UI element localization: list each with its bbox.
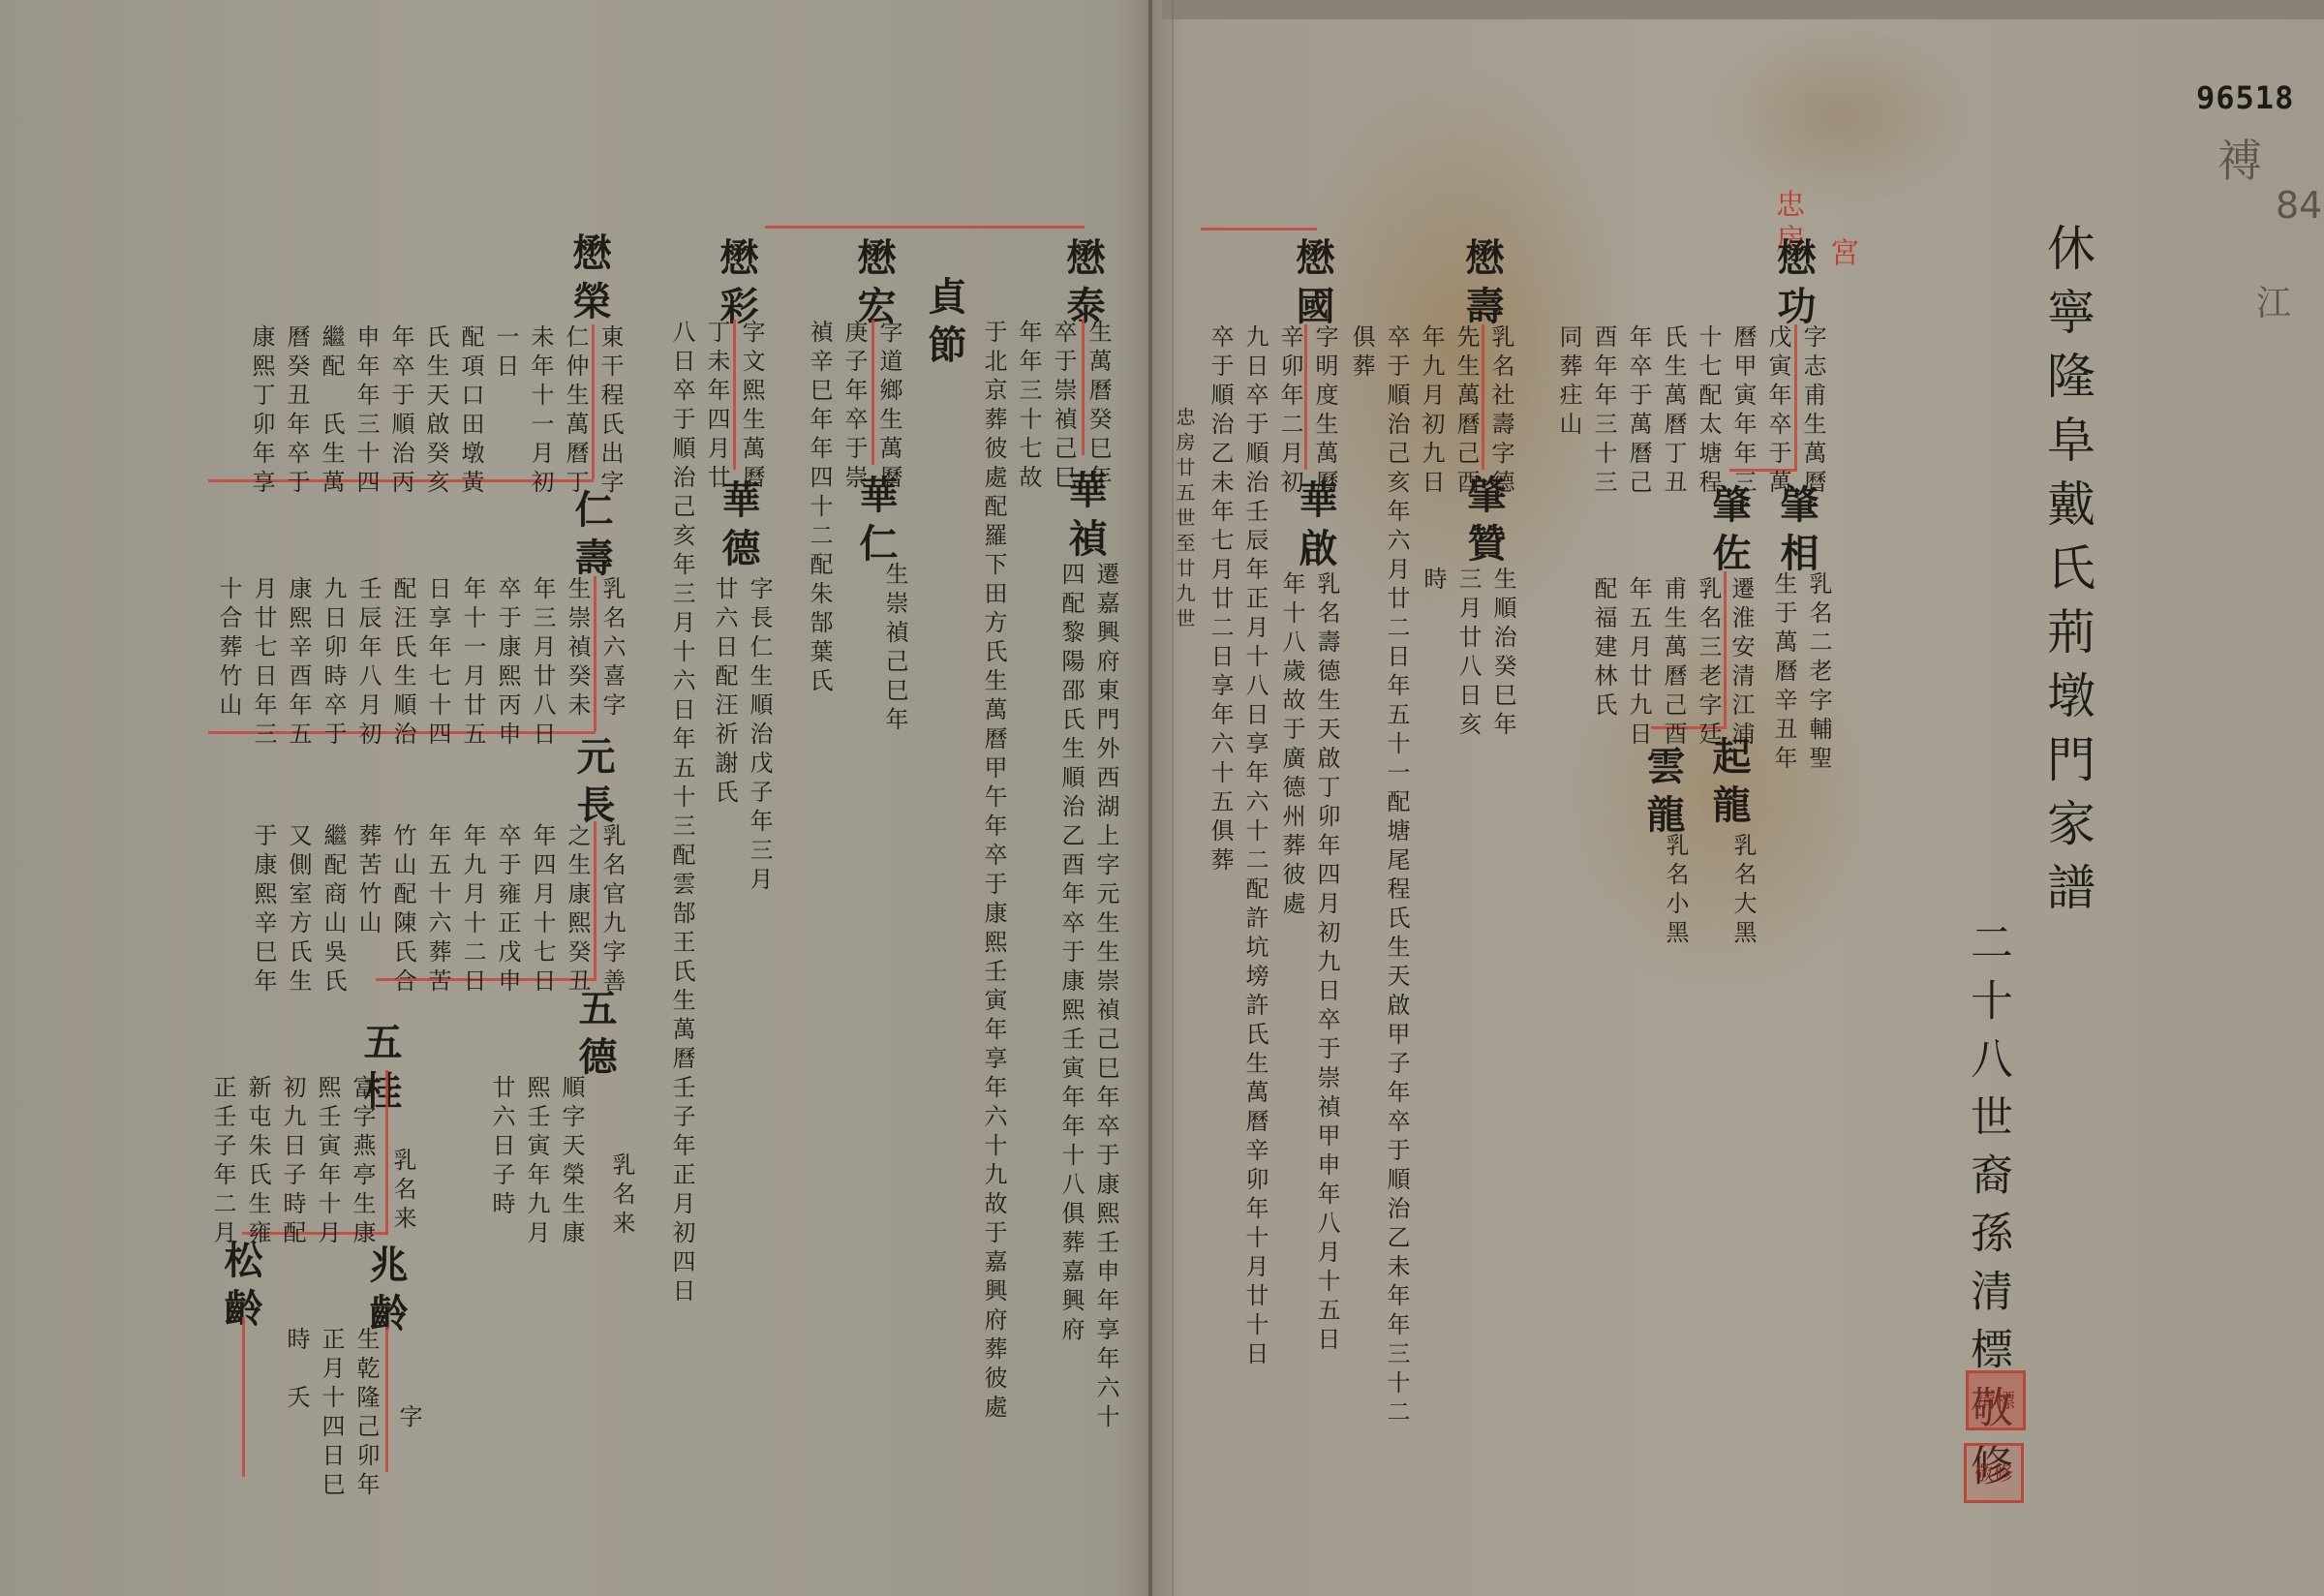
- bio-line: 配項口田墩黃: [459, 324, 482, 499]
- bio-line: 一日: [494, 324, 517, 383]
- bio-line: 月廿七日年三: [252, 576, 275, 751]
- person-name: 懋壽: [1462, 237, 1501, 334]
- person-name: 肇相: [1777, 484, 1816, 581]
- bio-line: 時 夭: [285, 1327, 308, 1414]
- bio-line: 酉年年三十三: [1592, 324, 1615, 499]
- bio-line: 八日卒于順治己亥年三月十六日年五十三配雲郜王氏生萬曆壬子年正月初四日: [670, 320, 693, 1307]
- bio-line: 生乾隆己卯年: [354, 1327, 378, 1501]
- bio-line: 熙壬寅年十月: [316, 1075, 339, 1249]
- bio-line: 未年十一月初: [529, 324, 552, 499]
- person-name: 起龍: [1709, 736, 1748, 833]
- bio-line: 十七配太塘程: [1697, 324, 1720, 499]
- genealogy-scan: 96518 禣 84 江 休寧隆阜戴氏荊墩門家譜 二十八世裔孫清標敬修 清標 敬…: [0, 0, 2324, 1596]
- bio-line: 同葬㽵山: [1557, 324, 1580, 441]
- bio-line: 生萬曆癸巳年: [1086, 320, 1110, 494]
- bio-line: 年五十六葬苦: [426, 823, 449, 997]
- seal-stamp: 清標: [1966, 1370, 2026, 1430]
- bio-line: 仁仲生萬曆丁: [564, 324, 587, 499]
- person-name: 五德: [575, 988, 614, 1085]
- bio-line: 字: [397, 1404, 420, 1433]
- bio-line: 庚子年卒于崇: [842, 320, 866, 494]
- bio-line: 葬苦竹山: [356, 823, 380, 939]
- bio-line: 年卒于萬曆己: [1627, 324, 1650, 499]
- bio-line: 正壬子年二月: [211, 1075, 234, 1249]
- bio-line: 先生萬曆己酉: [1454, 324, 1478, 499]
- bio-line: 乳名来: [391, 1148, 414, 1235]
- bio-line: 卒于順治乙未年七月廿二日享年六十五俱葬: [1208, 324, 1232, 876]
- bio-line: 年年三十七故: [1017, 320, 1040, 494]
- bio-line: 配汪氏生順治: [391, 576, 414, 751]
- bio-line: 繼配商山吳氏: [321, 823, 345, 997]
- bio-line: 順字天榮生康: [560, 1075, 583, 1249]
- person-name: 華德: [719, 479, 757, 576]
- bio-line: 廿六日子時: [490, 1075, 513, 1220]
- page-edge: [1162, 0, 2324, 19]
- bio-line: 壬辰年八月初: [356, 576, 380, 751]
- bio-line: 配福建林氏: [1592, 576, 1615, 721]
- person-name: 懋榮: [569, 232, 608, 329]
- bio-line: 字長仁生順治戊子年三月: [748, 576, 771, 896]
- person-name: 雲龍: [1643, 746, 1682, 843]
- bio-line: 又側室方氏生: [287, 823, 310, 997]
- bio-line: 年三月廿八日: [531, 576, 554, 751]
- bio-line: 字文熙生萬曆: [740, 320, 763, 494]
- person-name: 肇佐: [1709, 484, 1748, 581]
- generation-footnote: 忠房廿五世至廿九世: [1175, 407, 1194, 633]
- bio-line: 卒于崇禎己巳: [1052, 320, 1075, 494]
- person-name: 懋功: [1774, 237, 1813, 334]
- bio-line: 年五月廿九日: [1627, 576, 1650, 751]
- bio-line: 廿六日配汪祈謝氏: [713, 576, 736, 809]
- bio-line: 年四月十七日: [531, 823, 554, 997]
- bio-line: 俱葬: [1350, 324, 1373, 383]
- bio-line: 康熙丁卯年享: [250, 324, 273, 499]
- bio-line: 生于萬曆辛丑年: [1772, 571, 1795, 775]
- bio-line: 乳名官九字善: [600, 823, 624, 997]
- person-name: 元長: [573, 736, 612, 833]
- book-gutter-shadow: [1172, 0, 1174, 1596]
- bio-line: 字志甫生萬曆: [1801, 324, 1824, 499]
- pencil-number: 84: [2276, 184, 2322, 227]
- person-name: 華仁: [856, 475, 895, 571]
- bio-line: 曆癸丑年卒于: [285, 324, 308, 499]
- bio-line: 東干程氏出字: [598, 324, 622, 499]
- bio-line: 三月廿八日亥: [1456, 567, 1480, 741]
- person-name: 松齡: [221, 1240, 260, 1336]
- bio-line: 甫生萬曆己酉: [1662, 576, 1685, 751]
- bio-line: 曆甲寅年年三: [1731, 324, 1755, 499]
- bio-line: 年九月十二日: [461, 823, 484, 997]
- person-name: 華啟: [1296, 479, 1334, 576]
- bio-line: 乳名六喜字: [600, 576, 624, 721]
- bio-line: 九日卒于順治壬辰年正月十八日享年六十二配許坑塝許氏生萬曆辛卯年十月廿十日: [1243, 324, 1267, 1370]
- bio-line: 正月十四日巳: [320, 1327, 343, 1501]
- bio-line: 乳名大黑: [1731, 833, 1755, 949]
- pencil-region: 江: [2256, 276, 2291, 325]
- bio-line: 于北京葬彼處配羅下田方氏生萬曆甲午年卒于康熙壬寅年享年六十九故于嘉興府葬彼處: [982, 320, 1005, 1424]
- bio-line: 日享年七十四: [426, 576, 449, 751]
- bio-line: 氏生萬曆丁丑: [1662, 324, 1685, 499]
- chastity-label: 貞節: [925, 276, 963, 373]
- bio-line: 禎辛巳年年四十二配朱郜葉氏: [808, 320, 831, 697]
- bio-line: 年十八歲故于廣德州葬彼處: [1280, 571, 1303, 920]
- bio-line: 字道鄉生萬曆: [877, 320, 901, 494]
- bio-line: 于康熙辛巳年: [252, 823, 275, 997]
- bio-line: 氏生天啟癸亥: [424, 324, 447, 499]
- bio-line: 年十一月廿五: [461, 576, 484, 751]
- bio-line: 九日卯時卒于: [321, 576, 345, 751]
- bio-line: 新屯朱氏生雍: [246, 1075, 269, 1249]
- bio-line: 乳名二老字輔聖: [1807, 571, 1830, 775]
- bio-line: 卒于雍正戊申: [496, 823, 519, 997]
- bio-line: 字明度生萬曆: [1313, 324, 1336, 499]
- bio-line: 十合葬竹山: [217, 576, 240, 721]
- red-mark: 宮: [1826, 237, 1855, 272]
- person-name: 肇贊: [1464, 475, 1503, 571]
- bio-line: 康熙辛酉年五: [287, 576, 310, 751]
- bio-line: 卒于康熙丙申: [496, 576, 519, 751]
- book-gutter: [1148, 0, 1152, 1596]
- pencil-catalog-mark: 禣: [2217, 126, 2262, 190]
- bio-line: 生崇禎己巳年: [883, 562, 906, 736]
- bio-line: 卒于順治己亥年六月廿二日年五十一配塘尾程氏生天啟甲子年卒于順治乙未年年三十二: [1385, 324, 1408, 1428]
- seal-stamp: 敬修: [1964, 1443, 2024, 1503]
- bio-line: 乳名三老字廷: [1697, 576, 1720, 751]
- bio-line: 乳名壽德生天啟丁卯年四月初九日卒于崇禎甲申年八月十五日: [1315, 571, 1338, 1356]
- bio-line: 熙壬寅年九月: [525, 1075, 548, 1249]
- bio-line: 遷嘉興府東門外西湖上字元生生崇禎己巳年卒于康熙壬申年享年六十: [1094, 562, 1117, 1433]
- bio-line: 戊寅年卒于萬: [1766, 324, 1789, 499]
- bio-line: 繼配 氏生萬: [320, 324, 343, 499]
- bio-line: 丁未年四月廿: [705, 320, 728, 494]
- bio-line: 富字燕亭生康: [351, 1075, 374, 1249]
- bio-line: 年九月初九日: [1420, 324, 1443, 499]
- person-name: 華禎: [1065, 470, 1104, 567]
- bio-line: 初九日子時配: [281, 1075, 304, 1249]
- document-title: 休寧隆阜戴氏荊墩門家譜: [2043, 223, 2092, 926]
- person-name: 懋國: [1293, 237, 1331, 334]
- bio-line: 生順治癸巳年: [1491, 567, 1514, 741]
- bio-line: 乳名社壽字德: [1489, 324, 1513, 499]
- bio-line: 時: [1422, 567, 1445, 596]
- person-name: 仁壽: [571, 489, 610, 586]
- bio-line: 四配黎陽邵氏生順治乙酉年卒于康熙壬寅年年十八俱葬嘉興府: [1059, 562, 1083, 1346]
- bio-line: 生崇禎癸未: [566, 576, 589, 721]
- bio-line: 申年年三十四: [354, 324, 378, 499]
- bio-line: 辛卯年二月初: [1278, 324, 1301, 499]
- bio-line: 年卒于順治丙: [389, 324, 413, 499]
- bio-line: 之生康熙癸丑: [566, 823, 589, 997]
- bio-line: 遷淮安清江浦: [1729, 576, 1753, 751]
- bio-line: 乳名小黑: [1664, 833, 1687, 949]
- bio-line: 竹山配陳氏合: [391, 823, 414, 997]
- archive-number: 96518: [2196, 79, 2294, 116]
- bio-line: 乳名来: [610, 1152, 633, 1240]
